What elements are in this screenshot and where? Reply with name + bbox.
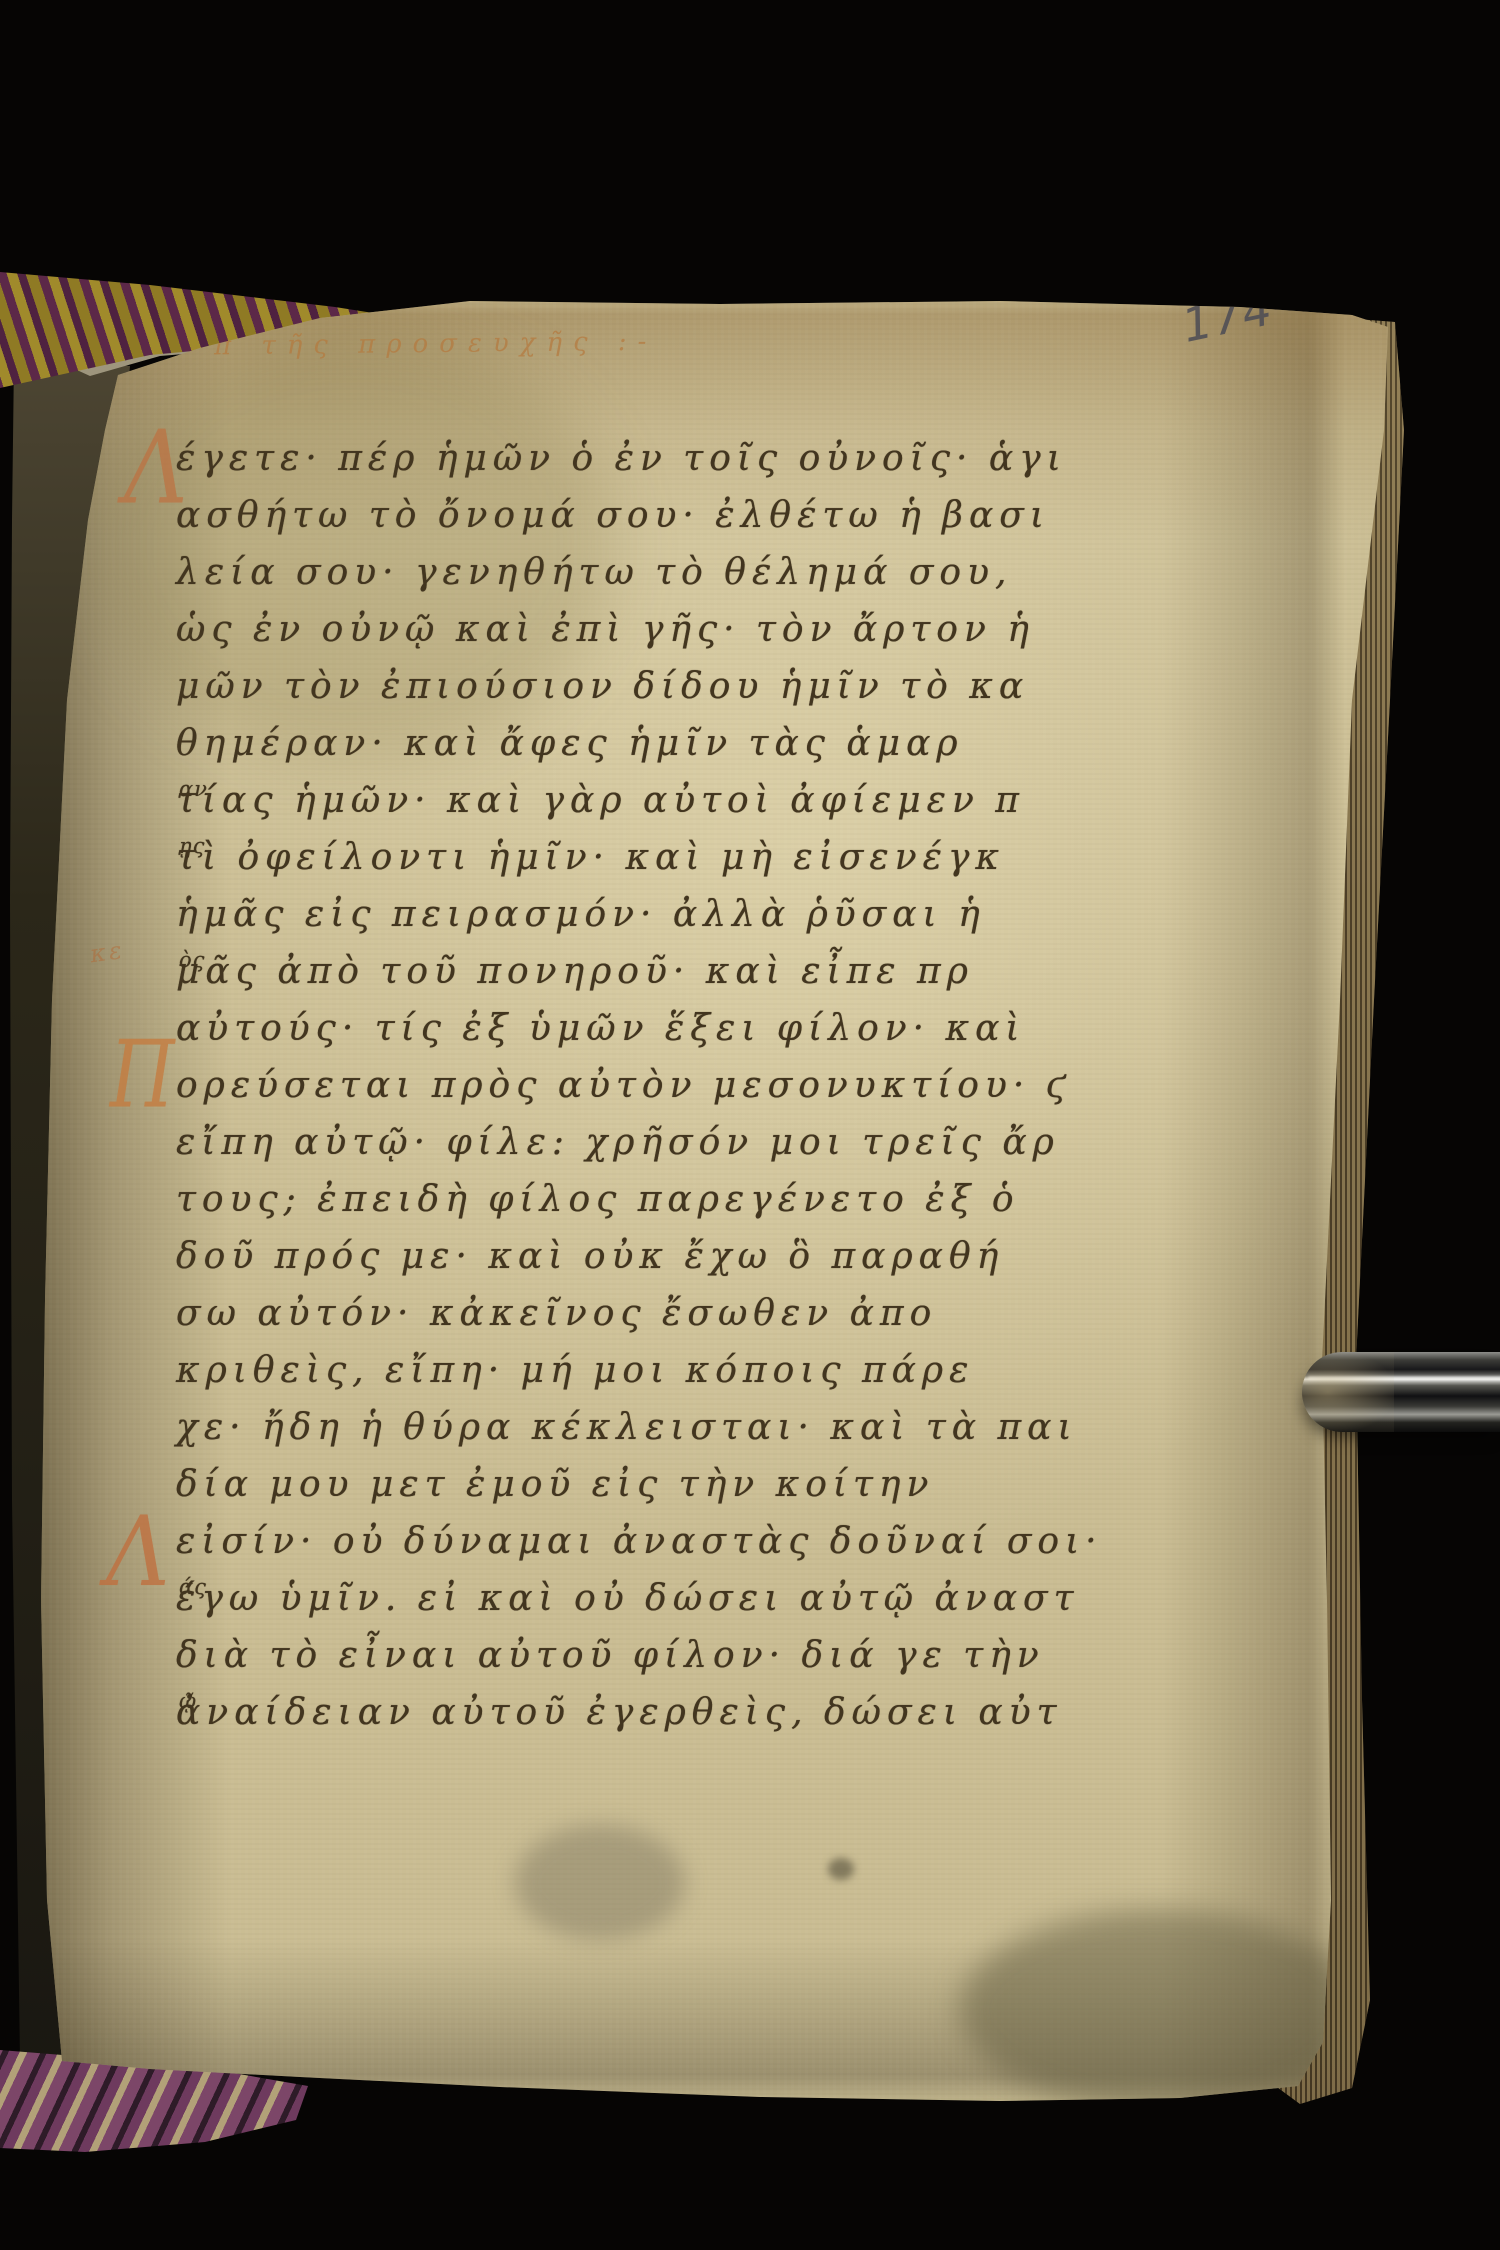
text-line: δία μου μετ ἐμοῦ εἰς τὴν κοίτην	[176, 1456, 1266, 1513]
text-line-main: έγω ὑμῖν. εἰ καὶ οὐ δώσει αὐτῷ ἀναστ	[176, 1570, 1080, 1627]
text-line-main: ασθήτω τὸ ὄνομά σου· ἐλθέτω ἡ βασι	[176, 487, 1050, 544]
text-line: έγετε· πέρ ἡμῶν ὁ ἐν τοῖς οὐνοῖς· ἁγι	[176, 430, 1266, 487]
glass-page-weight-tip	[1302, 1352, 1394, 1432]
text-line: τους; ἐπειδὴ φίλος παρεγένετο ἐξ ὁ	[176, 1171, 1266, 1228]
text-line-sup: άς	[179, 1575, 207, 1599]
text-line: χε· ἤδη ἡ θύρα κέκλεισται· καὶ τὰ παι	[176, 1399, 1266, 1456]
manuscript-photograph: π τῆς προσευχῆς :- 174 Λ Π Λ κε έγετε· π…	[0, 0, 1500, 2250]
text-line: αὐτούς· τίς ἐξ ὑμῶν ἕξει φίλον· καὶ	[176, 1000, 1266, 1057]
text-line-main: έγετε· πέρ ἡμῶν ὁ ἐν τοῖς οὐνοῖς· ἁγι	[176, 430, 1067, 487]
text-block: έγετε· πέρ ἡμῶν ὁ ἐν τοῖς οὐνοῖς· ἁγι ασ…	[176, 430, 1266, 1760]
text-line: μᾶς ἀπὸ τοῦ πονηροῦ· καὶ εἶπε πρὸς	[176, 943, 1266, 1000]
text-line: τὶ ὀφείλοντι ἡμῖν· καὶ μὴ εἰσενέγκῃς	[176, 829, 1266, 886]
parchment-speck	[828, 1858, 854, 1880]
rubric-title: π τῆς προσευχῆς :-	[214, 327, 658, 362]
text-line: έγω ὑμῖν. εἰ καὶ οὐ δώσει αὐτῷ ἀναστάς	[176, 1570, 1266, 1627]
text-line: ορεύσεται πρὸς αὐτὸν μεσονυκτίου· ϛ	[176, 1057, 1266, 1114]
text-line-main: χε· ἤδη ἡ θύρα κέκλεισται· καὶ τὰ παι	[176, 1399, 1078, 1456]
text-line-main: ορεύσεται πρὸς αὐτὸν μεσονυκτίου· ϛ	[176, 1057, 1072, 1114]
text-line-main: λεία σου· γενηθήτω τὸ θέλημά σου,	[176, 544, 1012, 601]
text-line: ἀναίδειαν αὐτοῦ ἐγερθεὶς, δώσει αὐτῷ	[176, 1684, 1266, 1741]
text-line-main: μῶν τὸν ἐπιούσιον δίδου ἡμῖν τὸ κα	[176, 658, 1029, 715]
text-line: ασθήτω τὸ ὄνομά σου· ἐλθέτω ἡ βασι	[176, 487, 1266, 544]
rubricated-initial-lambda-2: Λ	[106, 1504, 170, 1601]
text-line-main: τὶ ὀφείλοντι ἡμῖν· καὶ μὴ εἰσενέγκ	[176, 829, 1005, 886]
text-line-main: ἡμᾶς εἰς πειρασμόν· ἀλλὰ ῥῦσαι ἡ	[176, 886, 986, 943]
text-line-main: ἀναίδειαν αὐτοῦ ἐγερθεὶς, δώσει αὐτ	[176, 1684, 1063, 1741]
marginal-chapter-mark: κε	[88, 936, 126, 969]
text-line: ὡς ἐν οὐνῷ καὶ ἐπὶ γῆς· τὸν ἄρτον ἡ	[176, 601, 1266, 658]
text-line-main: θημέραν· καὶ ἄφες ἡμῖν τὰς ἁμαρ	[176, 715, 964, 772]
text-line: μῶν τὸν ἐπιούσιον δίδου ἡμῖν τὸ κα	[176, 658, 1266, 715]
text-line-main: τους; ἐπειδὴ φίλος παρεγένετο ἐξ ὁ	[176, 1171, 1020, 1228]
text-line: κριθεὶς, εἴπη· μή μοι κόποις πάρε	[176, 1342, 1266, 1399]
text-line-main: ὡς ἐν οὐνῷ καὶ ἐπὶ γῆς· τὸν ἄρτον ἡ	[176, 601, 1035, 658]
text-line-main: κριθεὶς, εἴπη· μή μοι κόποις πάρε	[176, 1342, 974, 1399]
text-line: διὰ τὸ εἶναι αὐτοῦ φίλον· διά γε τὴν	[176, 1627, 1266, 1684]
text-line-main: αὐτούς· τίς ἐξ ὑμῶν ἕξει φίλον· καὶ	[176, 1000, 1026, 1057]
text-line-main: εἰσίν· οὐ δύναμαι ἀναστὰς δοῦναί σοι·	[176, 1513, 1103, 1570]
text-line: εἴπη αὐτῷ· φίλε: χρῆσόν μοι τρεῖς ἄρ	[176, 1114, 1266, 1171]
parchment-stain	[960, 1910, 1360, 2110]
text-line: τίας ἡμῶν· καὶ γὰρ αὐτοὶ ἀφίεμεν παν	[176, 772, 1266, 829]
text-line-main: μᾶς ἀπὸ τοῦ πονηροῦ· καὶ εἶπε πρ	[176, 943, 974, 1000]
text-line-sup: ῷ	[179, 1689, 197, 1713]
rubricated-initial-pi: Π	[110, 1029, 175, 1122]
text-line-main: τίας ἡμῶν· καὶ γὰρ αὐτοὶ ἀφίεμεν π	[176, 772, 1025, 829]
text-line: εἰσίν· οὐ δύναμαι ἀναστὰς δοῦναί σοι·	[176, 1513, 1266, 1570]
text-line-main: σω αὐτόν· κἀκεῖνος ἔσωθεν ἀπο	[176, 1285, 937, 1342]
text-line-sup: ὸς	[179, 948, 205, 972]
text-line-main: δία μου μετ ἐμοῦ εἰς τὴν κοίτην	[176, 1456, 934, 1513]
text-line: λεία σου· γενηθήτω τὸ θέλημά σου,	[176, 544, 1266, 601]
text-line-main: διὰ τὸ εἶναι αὐτοῦ φίλον· διά γε τὴν	[176, 1627, 1045, 1684]
text-line: δοῦ πρός με· καὶ οὐκ ἔχω ὃ παραθή	[176, 1228, 1266, 1285]
text-line-main: δοῦ πρός με· καὶ οὐκ ἔχω ὃ παραθή	[176, 1228, 1004, 1285]
text-line-sup: ῃς	[179, 834, 205, 858]
text-line: ἡμᾶς εἰς πειρασμόν· ἀλλὰ ῥῦσαι ἡ	[176, 886, 1266, 943]
text-line: σω αὐτόν· κἀκεῖνος ἔσωθεν ἀπο	[176, 1285, 1266, 1342]
text-line-main: εἴπη αὐτῷ· φίλε: χρῆσόν μοι τρεῖς ἄρ	[176, 1114, 1060, 1171]
parchment-stain	[515, 1825, 685, 1940]
text-line: θημέραν· καὶ ἄφες ἡμῖν τὰς ἁμαρ	[176, 715, 1266, 772]
text-line-sup: αν	[179, 777, 208, 801]
